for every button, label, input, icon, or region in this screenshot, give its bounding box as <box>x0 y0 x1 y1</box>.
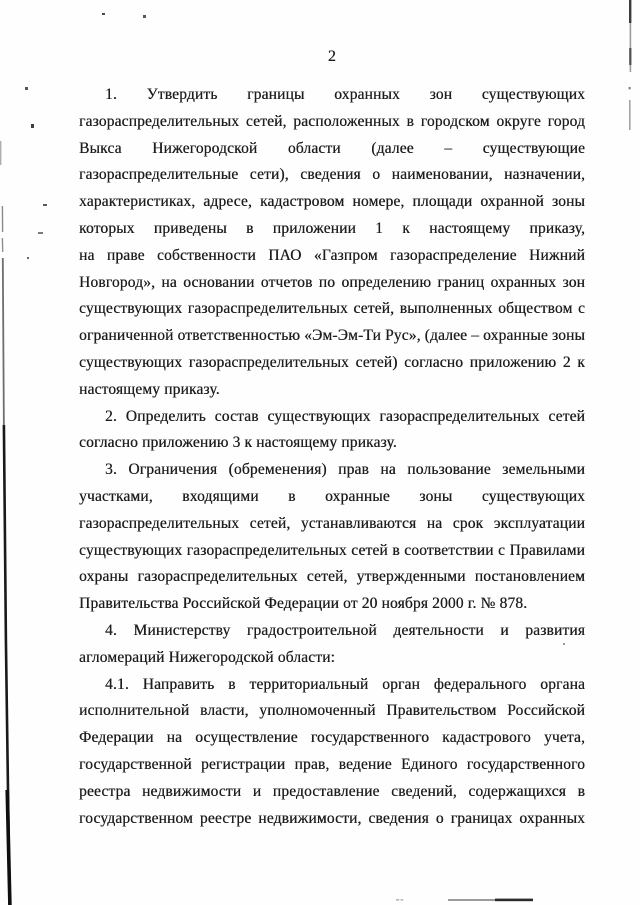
text-line: газораспределительных сетей, устанавлива… <box>79 511 585 538</box>
scan-left-line-upper <box>3 258 4 430</box>
text-line: газораспределительных сетей, расположенн… <box>79 109 585 136</box>
scan-bottom-dash-2 <box>401 899 404 901</box>
text-line: настоящему приказу. <box>79 377 585 404</box>
text-line: исполнительной власти, уполномоченный Пр… <box>79 698 585 725</box>
text-line: Выкса Нижегородской области (далее – сущ… <box>79 136 585 163</box>
scan-left-faint-segment <box>0 141 1 165</box>
paragraph-4: 4. Министерству градостроительной деятел… <box>79 618 585 672</box>
paragraph-1: 1. Утвердить границы охранных зон сущест… <box>79 82 585 404</box>
page-number: 2 <box>79 44 585 71</box>
paragraph-4-1: 4.1. Направить в территориальный орган ф… <box>79 672 585 833</box>
document-body: 1. Утвердить границы охранных зон сущест… <box>79 82 585 832</box>
text-line: Федерации на осуществление государственн… <box>79 725 585 752</box>
text-line: реестра недвижимости и предоставление св… <box>79 779 585 806</box>
scan-right-segment-3 <box>629 48 631 65</box>
scan-speck <box>43 204 47 206</box>
text-line: Правительства Российской Федерации от 20… <box>79 591 585 618</box>
text-line: 2. Определить состав существующих газора… <box>79 404 585 431</box>
text-line: на праве собственности ПАО «Газпром газо… <box>79 243 585 270</box>
scan-bottom-line-dark <box>495 899 533 902</box>
scan-speck <box>38 232 43 234</box>
text-line: характеристиках, адресе, кадастровом ном… <box>79 189 585 216</box>
scan-bottom-line-gray <box>448 899 495 901</box>
text-line: существующих газораспределительных сетей… <box>79 350 585 377</box>
text-line: участками, входящими в охранные зоны сущ… <box>79 484 585 511</box>
scan-left-line-lower <box>4 425 10 905</box>
text-line: существующих газораспределительных сетей… <box>79 296 585 323</box>
text-line: 1. Утвердить границы охранных зон сущест… <box>79 82 585 109</box>
scan-bottom-dash-1 <box>396 899 399 901</box>
text-line: Новгород», на основании отчетов по опред… <box>79 270 585 297</box>
document-page: 2 1. Утвердить границы охранных зон суще… <box>0 0 640 905</box>
text-line: агломераций Нижегородской области: <box>79 645 585 672</box>
text-line: государственной регистрации прав, ведени… <box>79 752 585 779</box>
scan-right-segment-1 <box>629 0 631 23</box>
text-line: согласно приложению 3 к настоящему прика… <box>79 430 585 457</box>
paragraph-3: 3. Ограничения (обременения) прав на пол… <box>79 457 585 618</box>
scan-right-segment-2 <box>630 23 632 72</box>
scan-speck <box>143 15 146 18</box>
text-line: охраны газораспределительных сетей, утве… <box>79 564 585 591</box>
scan-speck <box>27 257 29 259</box>
scan-speck <box>102 13 105 15</box>
text-line: государственном реестре недвижимости, св… <box>79 806 585 833</box>
text-line: существующих газораспределительных сетей… <box>79 538 585 565</box>
scan-left-line-bottom-thick <box>7 790 10 905</box>
scan-right-dot <box>629 87 631 89</box>
text-line: которых приведены в приложении 1 к насто… <box>79 216 585 243</box>
text-line: 3. Ограничения (обременения) прав на пол… <box>79 457 585 484</box>
paragraph-2: 2. Определить состав существующих газора… <box>79 404 585 458</box>
scan-speck <box>25 87 28 90</box>
scan-right-segment-4 <box>629 100 631 130</box>
text-line: 4. Министерству градостроительной деятел… <box>79 618 585 645</box>
text-line: ограниченной ответственностью «Эм-Эм-Ти … <box>79 323 585 350</box>
text-line: 4.1. Направить в территориальный орган ф… <box>79 672 585 699</box>
scan-speck <box>31 124 34 128</box>
text-line: газораспределительные сети), сведения о … <box>79 162 585 189</box>
